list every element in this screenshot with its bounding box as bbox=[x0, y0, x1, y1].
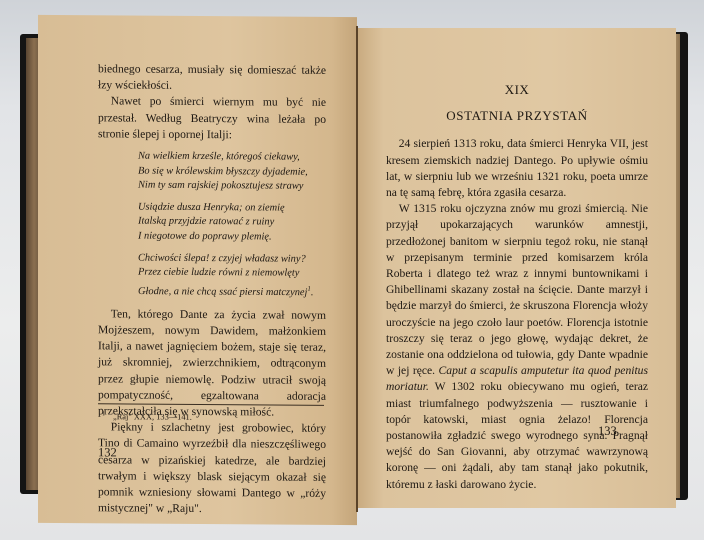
left-page-text: biednego cesarza, musiały się domieszać … bbox=[98, 61, 326, 518]
paragraph: Piękny i szlachetny jest grobowiec, któr… bbox=[98, 420, 326, 519]
verse-line-text: Głodne, a nie chcą ssać piersi matczynej bbox=[138, 286, 307, 298]
page-number-right: 133 bbox=[598, 424, 617, 439]
paragraph: 24 sierpień 1313 roku, data śmierci Henr… bbox=[386, 136, 648, 201]
paragraph-text: W 1315 roku ojczyzna znów mu grozi śmier… bbox=[386, 202, 648, 377]
footnote: 1„Raj" XXX, 133—141. bbox=[102, 411, 192, 421]
verse-line: Italską przyjdzie ratować z ruiny bbox=[138, 215, 326, 231]
paragraph: biednego cesarza, musiały się domieszać … bbox=[98, 61, 326, 95]
footnote-marker: 1 bbox=[102, 411, 105, 417]
footnote-marker: 1 bbox=[307, 285, 311, 293]
verse-line: Usiądzie dusza Henryka; on ziemię bbox=[138, 200, 326, 216]
verse-line: Chciwości ślepa! z czyjej władasz winy? bbox=[138, 251, 326, 267]
verse-line: Na wielkiem krześle, któregoś ciekawy, bbox=[138, 150, 326, 166]
left-page: biednego cesarza, musiały się domieszać … bbox=[38, 15, 357, 525]
verse-line: Głodne, a nie chcą ssać piersi matczynej… bbox=[138, 280, 326, 300]
verse-line: I niegotowe do poprawy plemię. bbox=[138, 230, 326, 246]
verse-stanza: Chciwości ślepa! z czyjej władasz winy? … bbox=[138, 251, 326, 301]
verse-line: Bo się w królewskim błyszczy dyjademie, bbox=[138, 164, 326, 180]
book-gutter bbox=[356, 26, 358, 512]
chapter-title: OSTATNIA PRZYSTAŃ bbox=[386, 108, 648, 124]
verse-line: Nim ty sam rajskiej pokosztujesz strawy bbox=[138, 179, 326, 195]
verse-stanza: Usiądzie dusza Henryka; on ziemię Italsk… bbox=[138, 200, 326, 245]
footnote-text: „Raj" XXX, 133—141. bbox=[113, 412, 192, 422]
verse-line: Przez ciebie ludzie równi z niemowlęty bbox=[138, 266, 326, 282]
paragraph: W 1315 roku ojczyzna znów mu grozi śmier… bbox=[386, 201, 648, 493]
page-number-left: 132 bbox=[98, 445, 117, 460]
verse-stanza: Na wielkiem krześle, któregoś ciekawy, B… bbox=[138, 150, 326, 195]
paragraph: Nawet po śmierci wiernym mu być nie prze… bbox=[98, 94, 326, 144]
chapter-number: XIX bbox=[386, 82, 648, 98]
right-page: XIX OSTATNIA PRZYSTAŃ 24 sierpień 1313 r… bbox=[358, 28, 676, 508]
